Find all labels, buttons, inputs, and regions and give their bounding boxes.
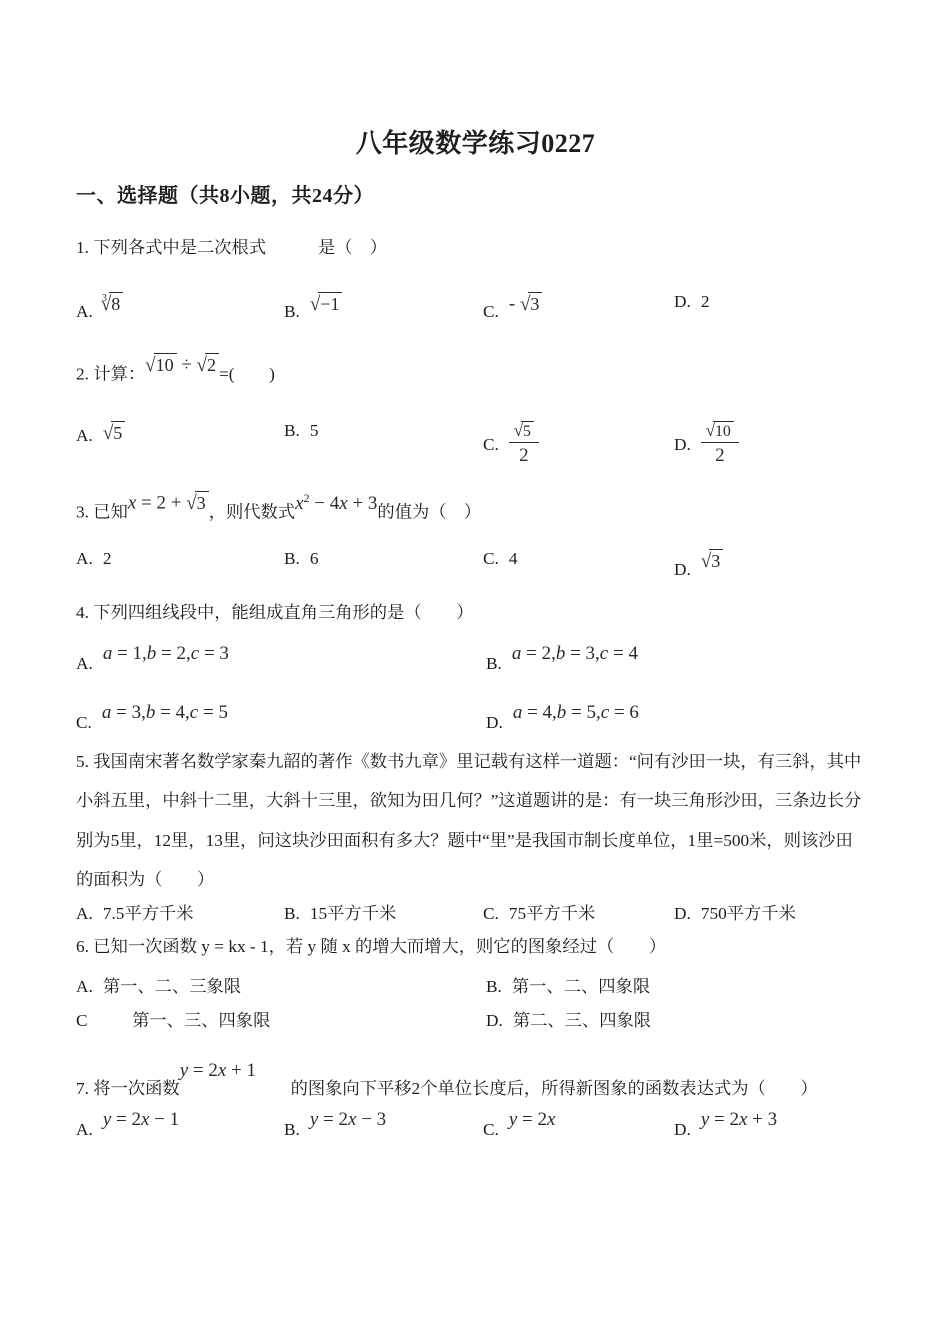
radical-sign: √ xyxy=(701,551,711,571)
stem-text: 1. 下列各式中是二次根式 是（ ） xyxy=(76,238,387,257)
sqrt-radical: √3 xyxy=(701,551,723,572)
math-formula: y = 2x + 3 xyxy=(701,1110,777,1129)
stem-text: =( ) xyxy=(219,365,275,384)
math-formula: a = 1,b = 2,c = 3 xyxy=(103,644,229,663)
option-label: A. xyxy=(76,302,93,321)
math-variable: x xyxy=(339,493,347,514)
question-1-option-c: C.- √3 xyxy=(483,292,674,322)
document-page: 八年级数学练习0227 一、选择题（共8小题，共24分） 1. 下列各式中是二次… xyxy=(0,0,950,1344)
math-formula: y = 2x − 1 xyxy=(103,1110,179,1129)
math-variable: b xyxy=(147,643,157,664)
radical-sign: √ xyxy=(520,294,530,314)
stem-text: 2 xyxy=(103,549,112,568)
radical-sign: √ xyxy=(186,493,196,513)
math-text: = 3, xyxy=(111,702,145,723)
option-label: B. xyxy=(284,421,300,440)
radical-sign: √ xyxy=(101,294,111,314)
question-4-option-d: D.a = 4,b = 5,c = 6 xyxy=(486,703,875,733)
stem-text: 第一、三、四象限 xyxy=(98,1011,271,1030)
option-label: D. xyxy=(674,904,691,923)
math-text: = 2, xyxy=(156,643,190,664)
option-label: D. xyxy=(486,1011,503,1030)
math-variable: b xyxy=(146,702,156,723)
radical-sign: √ xyxy=(103,423,113,443)
sqrt-radical: √−1 xyxy=(310,294,343,315)
math-text: = 4, xyxy=(155,702,189,723)
math-text: = 2 + xyxy=(136,493,186,514)
radical-sign: √ xyxy=(197,355,207,375)
math-text: − 1 xyxy=(149,1109,179,1130)
option-label: D. xyxy=(486,713,503,732)
question-4-option-c: C.a = 3,b = 4,c = 5 xyxy=(76,703,486,733)
math-formula: a = 2,b = 3,c = 4 xyxy=(512,644,638,663)
sqrt-radical: √10 xyxy=(706,421,734,440)
stem-text: 6. 已知一次函数 y = kx - 1，若 y 随 x 的增大而增大，则它的图… xyxy=(76,937,666,956)
math-text: - xyxy=(509,294,520,315)
question-4-options-row-1: A.a = 1,b = 2,c = 3B.a = 2,b = 3,c = 4 xyxy=(76,644,875,674)
math-formula: a = 4,b = 5,c = 6 xyxy=(513,703,639,722)
question-1-option-a: A.3√8 xyxy=(76,292,284,322)
radicand: 3 xyxy=(195,491,209,512)
stem-text: 第二、三、四象限 xyxy=(513,1011,651,1030)
math-text: 2 xyxy=(715,445,725,466)
stem-text: 的图象向下平移2个单位长度后，所得新图象的函数表达式为（ ） xyxy=(256,1079,818,1098)
question-2-option-c: C.√52 xyxy=(483,421,674,465)
math-variable: x xyxy=(547,1109,555,1130)
question-5-option-d: D.750平方千米 xyxy=(674,899,875,924)
option-label: C. xyxy=(483,435,499,454)
fraction-numerator: √10 xyxy=(701,421,739,442)
sqrt-radical: 3√8 xyxy=(103,294,123,315)
question-4-stem: 4. 下列四组线段中，能组成直角三角形的是（ ） xyxy=(76,602,875,624)
sqrt-radical: √10 xyxy=(145,355,176,376)
option-label: B. xyxy=(284,549,300,568)
radical-sign: √ xyxy=(310,294,320,314)
math-text: = 4 xyxy=(608,643,638,664)
page-title: 八年级数学练习0227 xyxy=(76,128,875,160)
question-3-option-d: D.√3 xyxy=(674,549,875,580)
question-5-stem: 5. 我国南宋著名数学家秦九韶的著作《数书九章》里记载有这样一道题：“问有沙田一… xyxy=(76,742,875,900)
math-variable: b xyxy=(556,643,566,664)
math-formula: √102 xyxy=(701,421,739,465)
math-text: = 2 xyxy=(517,1109,547,1130)
fraction-denominator: 2 xyxy=(509,442,539,465)
stem-text: 7.5平方千米 xyxy=(103,904,194,923)
math-text: = 3 xyxy=(199,643,229,664)
math-text: = 6 xyxy=(609,702,639,723)
math-formula: a = 3,b = 4,c = 5 xyxy=(102,703,228,722)
math-text: ÷ xyxy=(177,355,197,376)
math-text: + 1 xyxy=(226,1060,256,1081)
math-text: − 3 xyxy=(356,1109,386,1130)
question-4-option-b: B.a = 2,b = 3,c = 4 xyxy=(486,644,875,674)
radicand: 2 xyxy=(205,353,219,374)
option-label: B. xyxy=(284,904,300,923)
math-formula: - √3 xyxy=(509,292,543,314)
stem-line: 的面积为（ ） xyxy=(76,860,875,899)
question-3-option-c: C.4 xyxy=(483,549,674,580)
math-variable: x xyxy=(295,493,303,514)
fraction: √52 xyxy=(509,421,539,465)
math-variable: a xyxy=(513,702,523,723)
question-6-options-row-1: A.第一、二、三象限B.第一、二、四象限 xyxy=(76,972,875,997)
option-label: A. xyxy=(76,1120,93,1139)
question-6-option-c: C 第一、三、四象限 xyxy=(76,1006,486,1031)
question-7-options-row-1: A.y = 2x − 1B.y = 2x − 3C.y = 2xD.y = 2x… xyxy=(76,1110,875,1140)
stem-text: 第一、二、四象限 xyxy=(512,977,650,996)
math-text: = 2 xyxy=(318,1109,348,1130)
math-variable: a xyxy=(102,702,112,723)
math-variable: y xyxy=(180,1060,188,1081)
radicand: 3 xyxy=(709,549,723,570)
question-7-option-c: C.y = 2x xyxy=(483,1110,674,1140)
option-label: B. xyxy=(486,654,502,673)
math-text: = 2 xyxy=(111,1109,141,1130)
question-2-option-d: D.√102 xyxy=(674,421,875,465)
option-label: D. xyxy=(674,292,691,311)
math-variable: y xyxy=(701,1109,709,1130)
option-label: B. xyxy=(486,977,502,996)
math-text: = 4, xyxy=(522,702,556,723)
question-5-option-a: A.7.5平方千米 xyxy=(76,899,284,924)
math-text: = 5, xyxy=(566,702,600,723)
option-label: C. xyxy=(483,1120,499,1139)
stem-text: ，则代数式 xyxy=(209,503,295,522)
math-formula: √52 xyxy=(509,421,539,465)
math-variable: c xyxy=(190,702,198,723)
question-1-option-b: B.√−1 xyxy=(284,292,483,322)
math-formula: √3 xyxy=(701,549,723,571)
radical-sign: √ xyxy=(145,355,155,375)
option-label: C. xyxy=(483,302,499,321)
exam-page: { "header": { "title": "八年级数学练习0227", "s… xyxy=(0,0,950,1344)
radicand: 10 xyxy=(713,421,734,439)
math-text: = 5 xyxy=(198,702,228,723)
question-3-option-a: A.2 xyxy=(76,549,284,580)
question-1-stem: 1. 下列各式中是二次根式 是（ ） xyxy=(76,237,875,259)
math-variable: b xyxy=(557,702,567,723)
option-label: A. xyxy=(76,977,93,996)
stem-line: 别为5里，12里，13里，问这块沙田面积有多大？题中“里”是我国市制长度单位，1… xyxy=(76,821,875,860)
fraction-denominator: 2 xyxy=(701,442,739,465)
radicand: −1 xyxy=(318,292,342,313)
math-variable: c xyxy=(191,643,199,664)
option-label: A. xyxy=(76,549,93,568)
math-formula: √10 ÷ √2 xyxy=(145,353,219,375)
question-6-option-a: A.第一、二、三象限 xyxy=(76,972,486,997)
math-text: = 2 xyxy=(709,1109,739,1130)
math-text: = 3, xyxy=(565,643,599,664)
stem-text: 7. 将一次函数 xyxy=(76,1079,180,1098)
math-formula: 3√8 xyxy=(103,292,123,314)
stem-text: 4 xyxy=(509,549,518,568)
stem-text: 5 xyxy=(310,421,319,440)
stem-text: 的值为（ ） xyxy=(377,503,481,522)
option-label: D. xyxy=(674,435,691,454)
math-formula: √−1 xyxy=(310,292,343,314)
math-formula: x2 − 4x + 3 xyxy=(295,492,377,513)
math-formula: y = 2x + 1 xyxy=(180,1061,256,1080)
radical-sign: √ xyxy=(514,422,523,439)
question-3-option-b: B.6 xyxy=(284,549,483,580)
question-3-options-row-1: A.2B.6C.4D.√3 xyxy=(76,549,875,580)
option-label: D. xyxy=(674,1120,691,1139)
question-2-options-row-1: A.√5B.5C.√52D.√102 xyxy=(76,421,875,465)
sqrt-radical: √3 xyxy=(520,294,542,315)
question-4-option-a: A.a = 1,b = 2,c = 3 xyxy=(76,644,486,674)
sqrt-radical: √3 xyxy=(186,493,208,514)
stem-text: 2 xyxy=(701,292,710,311)
question-1-options-row-1: A.3√8B.√−1C.- √3D.2 xyxy=(76,292,875,322)
radical-sign: √ xyxy=(706,422,715,439)
option-label: A. xyxy=(76,904,93,923)
radicand: 8 xyxy=(109,292,123,313)
math-formula: y = 2x − 3 xyxy=(310,1110,386,1129)
stem-line: 5. 我国南宋著名数学家秦九韶的著作《数书九章》里记载有这样一道题：“问有沙田一… xyxy=(76,742,875,781)
question-4-options-row-2: C.a = 3,b = 4,c = 5D.a = 4,b = 5,c = 6 xyxy=(76,703,875,733)
option-label: B. xyxy=(284,1120,300,1139)
math-text: − 4 xyxy=(310,493,340,514)
fraction: √102 xyxy=(701,421,739,465)
option-label: A. xyxy=(76,426,93,445)
option-label: B. xyxy=(284,302,300,321)
question-3-stem: 3. 已知x = 2 + √3，则代数式x2 − 4x + 3的值为（ ） xyxy=(76,491,875,524)
question-1-option-d: D.2 xyxy=(674,292,875,322)
math-variable: c xyxy=(601,702,609,723)
math-formula: x = 2 + √3 xyxy=(128,491,209,513)
math-formula: √5 xyxy=(103,421,125,443)
stem-text: 15平方千米 xyxy=(310,904,396,923)
math-text: = 2, xyxy=(521,643,555,664)
question-6-stem: 6. 已知一次函数 y = kx - 1，若 y 随 x 的增大而增大，则它的图… xyxy=(76,936,875,958)
option-label: D. xyxy=(674,560,691,579)
math-text: 2 xyxy=(519,445,529,466)
stem-text: 4. 下列四组线段中，能组成直角三角形的是（ ） xyxy=(76,603,473,622)
math-text: + 3 xyxy=(747,1109,777,1130)
sqrt-radical: √5 xyxy=(103,423,125,444)
question-7-stem: 7. 将一次函数y = 2x + 1 的图象向下平移2个单位长度后，所得新图象的… xyxy=(76,1061,875,1100)
stem-text: 750平方千米 xyxy=(701,904,796,923)
radicand: 5 xyxy=(111,421,125,442)
stem-text: 3. 已知 xyxy=(76,503,128,522)
question-5-option-b: B.15平方千米 xyxy=(284,899,483,924)
stem-text: 75平方千米 xyxy=(509,904,595,923)
stem-line: 小斜五里，中斜十二里，大斜十三里，欲知为田几何？”这道题讲的是：有一块三角形沙田… xyxy=(76,781,875,820)
stem-text: 6 xyxy=(310,549,319,568)
sqrt-radical: √5 xyxy=(514,421,534,440)
option-label: C. xyxy=(483,904,499,923)
option-label: C xyxy=(76,1011,88,1030)
question-2-stem: 2. 计算：√10 ÷ √2=( ) xyxy=(76,353,875,386)
sqrt-radical: √2 xyxy=(197,355,219,376)
question-6-option-d: D.第二、三、四象限 xyxy=(486,1006,875,1031)
radicand: 10 xyxy=(154,353,177,374)
radicand: 3 xyxy=(528,292,542,313)
question-5-option-c: C.75平方千米 xyxy=(483,899,674,924)
question-7-option-a: A.y = 2x − 1 xyxy=(76,1110,284,1140)
question-7-option-b: B.y = 2x − 3 xyxy=(284,1110,483,1140)
math-formula: y = 2x xyxy=(509,1110,556,1129)
math-variable: c xyxy=(600,643,608,664)
stem-text: 2. 计算： xyxy=(76,365,145,384)
math-variable: y xyxy=(103,1109,111,1130)
question-6-options-row-2: C 第一、三、四象限D.第二、三、四象限 xyxy=(76,1006,875,1031)
option-label: A. xyxy=(76,654,93,673)
section-heading: 一、选择题（共8小题，共24分） xyxy=(76,183,875,210)
option-label: C. xyxy=(483,549,499,568)
question-7-option-d: D.y = 2x + 3 xyxy=(674,1110,875,1140)
question-2-option-a: A.√5 xyxy=(76,421,284,465)
stem-text: 第一、二、三象限 xyxy=(103,977,241,996)
fraction-numerator: √5 xyxy=(509,421,539,442)
question-6-option-b: B.第一、二、四象限 xyxy=(486,972,875,997)
question-2-option-b: B.5 xyxy=(284,421,483,465)
option-label: C. xyxy=(76,713,92,732)
math-text: = 2 xyxy=(188,1060,218,1081)
question-5-options-row-1: A.7.5平方千米B.15平方千米C.75平方千米D.750平方千米 xyxy=(76,899,875,924)
math-variable: a xyxy=(103,643,113,664)
math-variable: a xyxy=(512,643,522,664)
math-text: + 3 xyxy=(348,493,378,514)
math-text: = 1, xyxy=(112,643,146,664)
